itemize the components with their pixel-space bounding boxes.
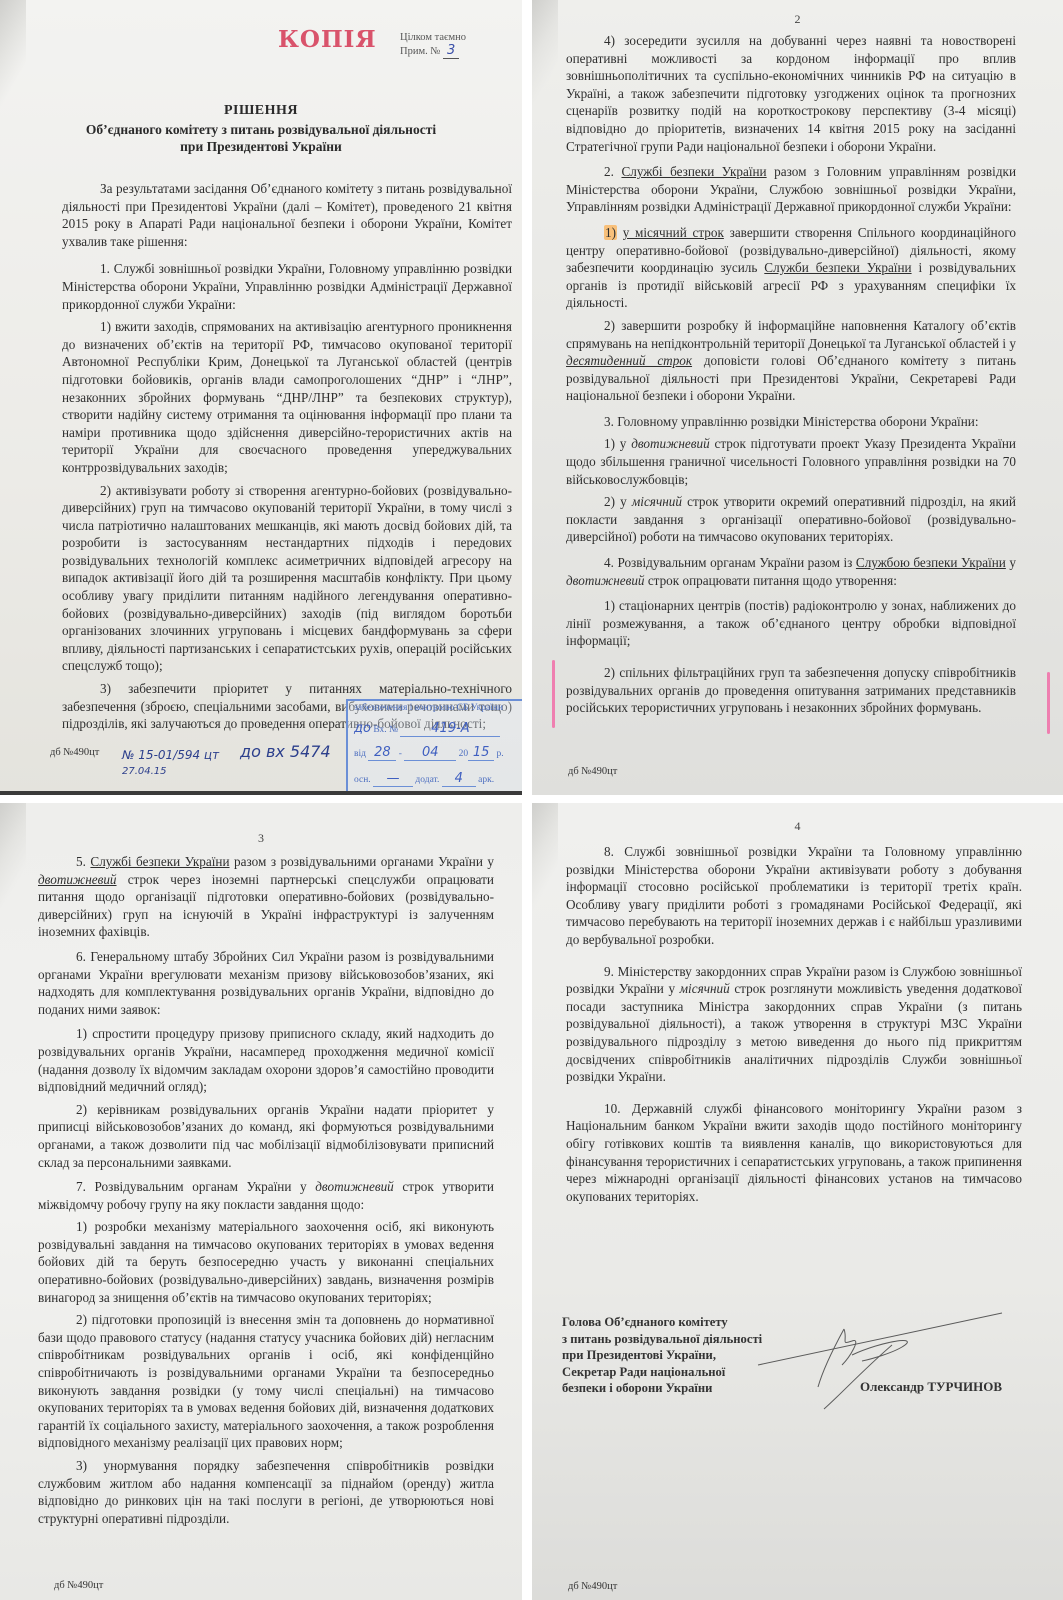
date-year-unit: р. bbox=[497, 749, 504, 759]
copy-number-line: Прим. № 3 bbox=[400, 44, 466, 58]
document-page-4: 4 8. Службі зовнішньої розвідки України … bbox=[532, 803, 1063, 1600]
item-2-2: 2) завершити розробку й інформаційне нап… bbox=[566, 317, 1016, 405]
handwritten-reference: № 15-01/594 цт bbox=[122, 748, 219, 762]
underlined-term: двотижневий bbox=[38, 872, 117, 887]
item-4-2: 2) спільних фільтраційних груп та забезп… bbox=[566, 664, 1016, 717]
item-1: 1. Службі зовнішньої розвідки України, Г… bbox=[62, 260, 512, 313]
incoming-number-label: Вх. № bbox=[373, 725, 398, 735]
intro-paragraph: За результатами засідання Об’єднаного ко… bbox=[62, 180, 512, 250]
item-10: 10. Державній службі фінансового монітор… bbox=[566, 1100, 1022, 1206]
item-text: строк розглянути можливість уведення дод… bbox=[566, 981, 1022, 1084]
document-footer-id: дб №490цт bbox=[50, 747, 99, 758]
signer-title-line: Секретар Ради національної bbox=[562, 1364, 762, 1381]
item-text: у bbox=[1006, 555, 1016, 570]
item-number: 5. bbox=[76, 854, 86, 869]
item-6-1: 1) спростити процедуру призову приписног… bbox=[38, 1025, 494, 1095]
underlined-agency: Службою безпеки України bbox=[856, 555, 1006, 570]
item-9: 9. Міністерству закордонних справ Україн… bbox=[566, 963, 1022, 1086]
page-number: 3 bbox=[0, 831, 522, 846]
signer-title-block: Голова Об’єднаного комітету з питань роз… bbox=[562, 1314, 762, 1397]
item-6: 6. Генеральному штабу Збройних Сил Украї… bbox=[38, 948, 494, 1018]
item-4-1: 1) стаціонарних центрів (постів) радіоко… bbox=[566, 597, 1016, 650]
underlined-agency: Службі безпеки України bbox=[90, 854, 229, 869]
document-footer-id: дб №490цт bbox=[568, 766, 617, 777]
page4-body: 8. Службі зовнішньої розвідки України та… bbox=[566, 843, 1022, 1210]
signer-title-line: Голова Об’єднаного комітету bbox=[562, 1314, 762, 1331]
item-8: 8. Службі зовнішньої розвідки України та… bbox=[566, 843, 1022, 949]
registration-stamp-sheets-row: осн. — додат. 4 арк. bbox=[354, 771, 494, 787]
item-text: 2) у bbox=[604, 494, 632, 509]
copy-number-label: Прим. № bbox=[400, 46, 440, 57]
handwritten-date: 27.04.15 bbox=[122, 766, 167, 777]
registration-stamp-header: забезпечення і контролю СБ України bbox=[354, 703, 503, 713]
item-3-1: 1) у двотижневий строк підготувати проек… bbox=[566, 435, 1016, 488]
marker-bracket-left bbox=[552, 660, 555, 728]
date-year-prefix: 20 bbox=[459, 749, 469, 759]
copy-stamp: КОПІЯ bbox=[278, 26, 377, 53]
item-text: строк опрацювати питання щодо утворення: bbox=[645, 573, 897, 588]
page2-body: 4) зосередити зусилля на добуванні через… bbox=[566, 32, 1016, 722]
page-number: 2 bbox=[532, 12, 1063, 27]
italic-term: двотижневий bbox=[566, 573, 645, 588]
document-footer-id: дб №490цт bbox=[54, 1580, 103, 1591]
registration-stamp: забезпечення і контролю СБ України до Вх… bbox=[346, 699, 522, 795]
highlighted-item-number: 1) bbox=[604, 225, 617, 240]
date-label: від bbox=[354, 749, 366, 759]
page-number: 4 bbox=[532, 819, 1063, 834]
item-7-2: 2) підготовки пропозицій із внесення змі… bbox=[38, 1311, 494, 1452]
item-3: 3. Головному управлінню розвідки Міністе… bbox=[566, 413, 1016, 431]
date-day: 28 bbox=[368, 745, 396, 761]
document-footer-id: дб №490цт bbox=[568, 1581, 617, 1592]
signer-title-line: з питань розвідувальної діяльності bbox=[562, 1331, 762, 1348]
incoming-number-value: 419-А bbox=[400, 721, 500, 737]
page-separator-vertical bbox=[522, 0, 532, 1600]
sheets-unit-label: арк. bbox=[478, 775, 494, 785]
underlined-term: у місячний строк bbox=[623, 225, 724, 240]
underlined-agency: Службі безпеки України bbox=[621, 164, 766, 179]
handwritten-incoming-number: до вх 5474 bbox=[240, 742, 331, 761]
document-title: РІШЕННЯ bbox=[0, 103, 522, 119]
item-1-1: 1) вжити заходів, спрямованих на активіз… bbox=[62, 318, 512, 476]
italic-term: місячний bbox=[680, 981, 730, 996]
page-fold-shadow bbox=[0, 803, 26, 913]
main-sheets-value: — bbox=[373, 771, 413, 787]
signer-name: Олександр ТУРЧИНОВ bbox=[860, 1379, 1002, 1395]
item-7-3: 3) унормування порядку забезпечення спів… bbox=[38, 1457, 494, 1527]
item-2: 2. Службі безпеки України разом з Головн… bbox=[566, 163, 1016, 216]
registration-stamp-number-row: до Вх. № 419-А bbox=[354, 721, 500, 737]
item-1-4: 4) зосередити зусилля на добуванні через… bbox=[566, 32, 1016, 155]
underlined-term: десятиденний строк bbox=[566, 353, 692, 368]
date-month: 04 bbox=[404, 745, 456, 761]
page-fold-shadow bbox=[0, 0, 26, 110]
document-page-3: 3 5. Службі безпеки України разом з розв… bbox=[0, 803, 522, 1600]
item-2-1: 1) у місячний строк завершити створення … bbox=[566, 224, 1016, 312]
item-4: 4. Розвідувальним органам України разом … bbox=[566, 554, 1016, 589]
italic-term: місячний bbox=[632, 494, 682, 509]
item-text: 4. Розвідувальним органам України разом … bbox=[604, 555, 856, 570]
page1-body: За результатами засідання Об’єднаного ко… bbox=[62, 180, 512, 738]
item-text: 2) завершити розробку й інформаційне нап… bbox=[566, 318, 1016, 351]
item-6-2: 2) керівникам розвідувальних органів Укр… bbox=[38, 1101, 494, 1171]
item-number: 2. bbox=[604, 164, 614, 179]
date-year-suffix: 15 bbox=[468, 745, 494, 761]
document-page-1: КОПІЯ Цілком таємно Прим. № 3 РІШЕННЯ Об… bbox=[0, 0, 522, 795]
italic-term: двотижневий bbox=[315, 1179, 394, 1194]
item-7: 7. Розвідувальним органам України у двот… bbox=[38, 1178, 494, 1213]
signer-title-line: безпеки і оборони України bbox=[562, 1380, 762, 1397]
marker-bracket-right bbox=[1047, 672, 1050, 734]
italic-term: двотижневий bbox=[631, 436, 710, 451]
page3-body: 5. Службі безпеки України разом з розвід… bbox=[38, 853, 494, 1532]
extra-sheets-value: 4 bbox=[442, 771, 476, 787]
item-1-2: 2) активізувати роботу зі створення аген… bbox=[62, 482, 512, 676]
document-subtitle-line2: при Президентові України bbox=[0, 139, 522, 155]
underlined-agency: Служби безпеки України bbox=[764, 260, 911, 275]
copy-number-value: 3 bbox=[443, 43, 459, 59]
item-7-1: 1) розробки механізму матеріального заох… bbox=[38, 1218, 494, 1306]
item-3-2: 2) у місячний строк утворити окремий опе… bbox=[566, 493, 1016, 546]
item-text: разом з розвідувальними органами України… bbox=[230, 854, 494, 869]
item-5: 5. Службі безпеки України разом з розвід… bbox=[38, 853, 494, 941]
item-text: 1) у bbox=[604, 436, 631, 451]
extra-sheets-label: додат. bbox=[415, 775, 439, 785]
document-page-2: 2 4) зосередити зусилля на добуванні чер… bbox=[532, 0, 1063, 795]
signer-title-line: при Президентові України, bbox=[562, 1347, 762, 1364]
document-subtitle-line1: Об’єднаного комітету з питань розвідувал… bbox=[0, 122, 522, 138]
registration-stamp-date-row: від 28 - 04 2015 р. bbox=[354, 745, 504, 761]
item-text: 7. Розвідувальним органам України у bbox=[76, 1179, 315, 1194]
classification-block: Цілком таємно Прим. № 3 bbox=[400, 31, 466, 58]
handwritten-mark: до bbox=[354, 721, 371, 736]
main-sheets-label: осн. bbox=[354, 775, 371, 785]
